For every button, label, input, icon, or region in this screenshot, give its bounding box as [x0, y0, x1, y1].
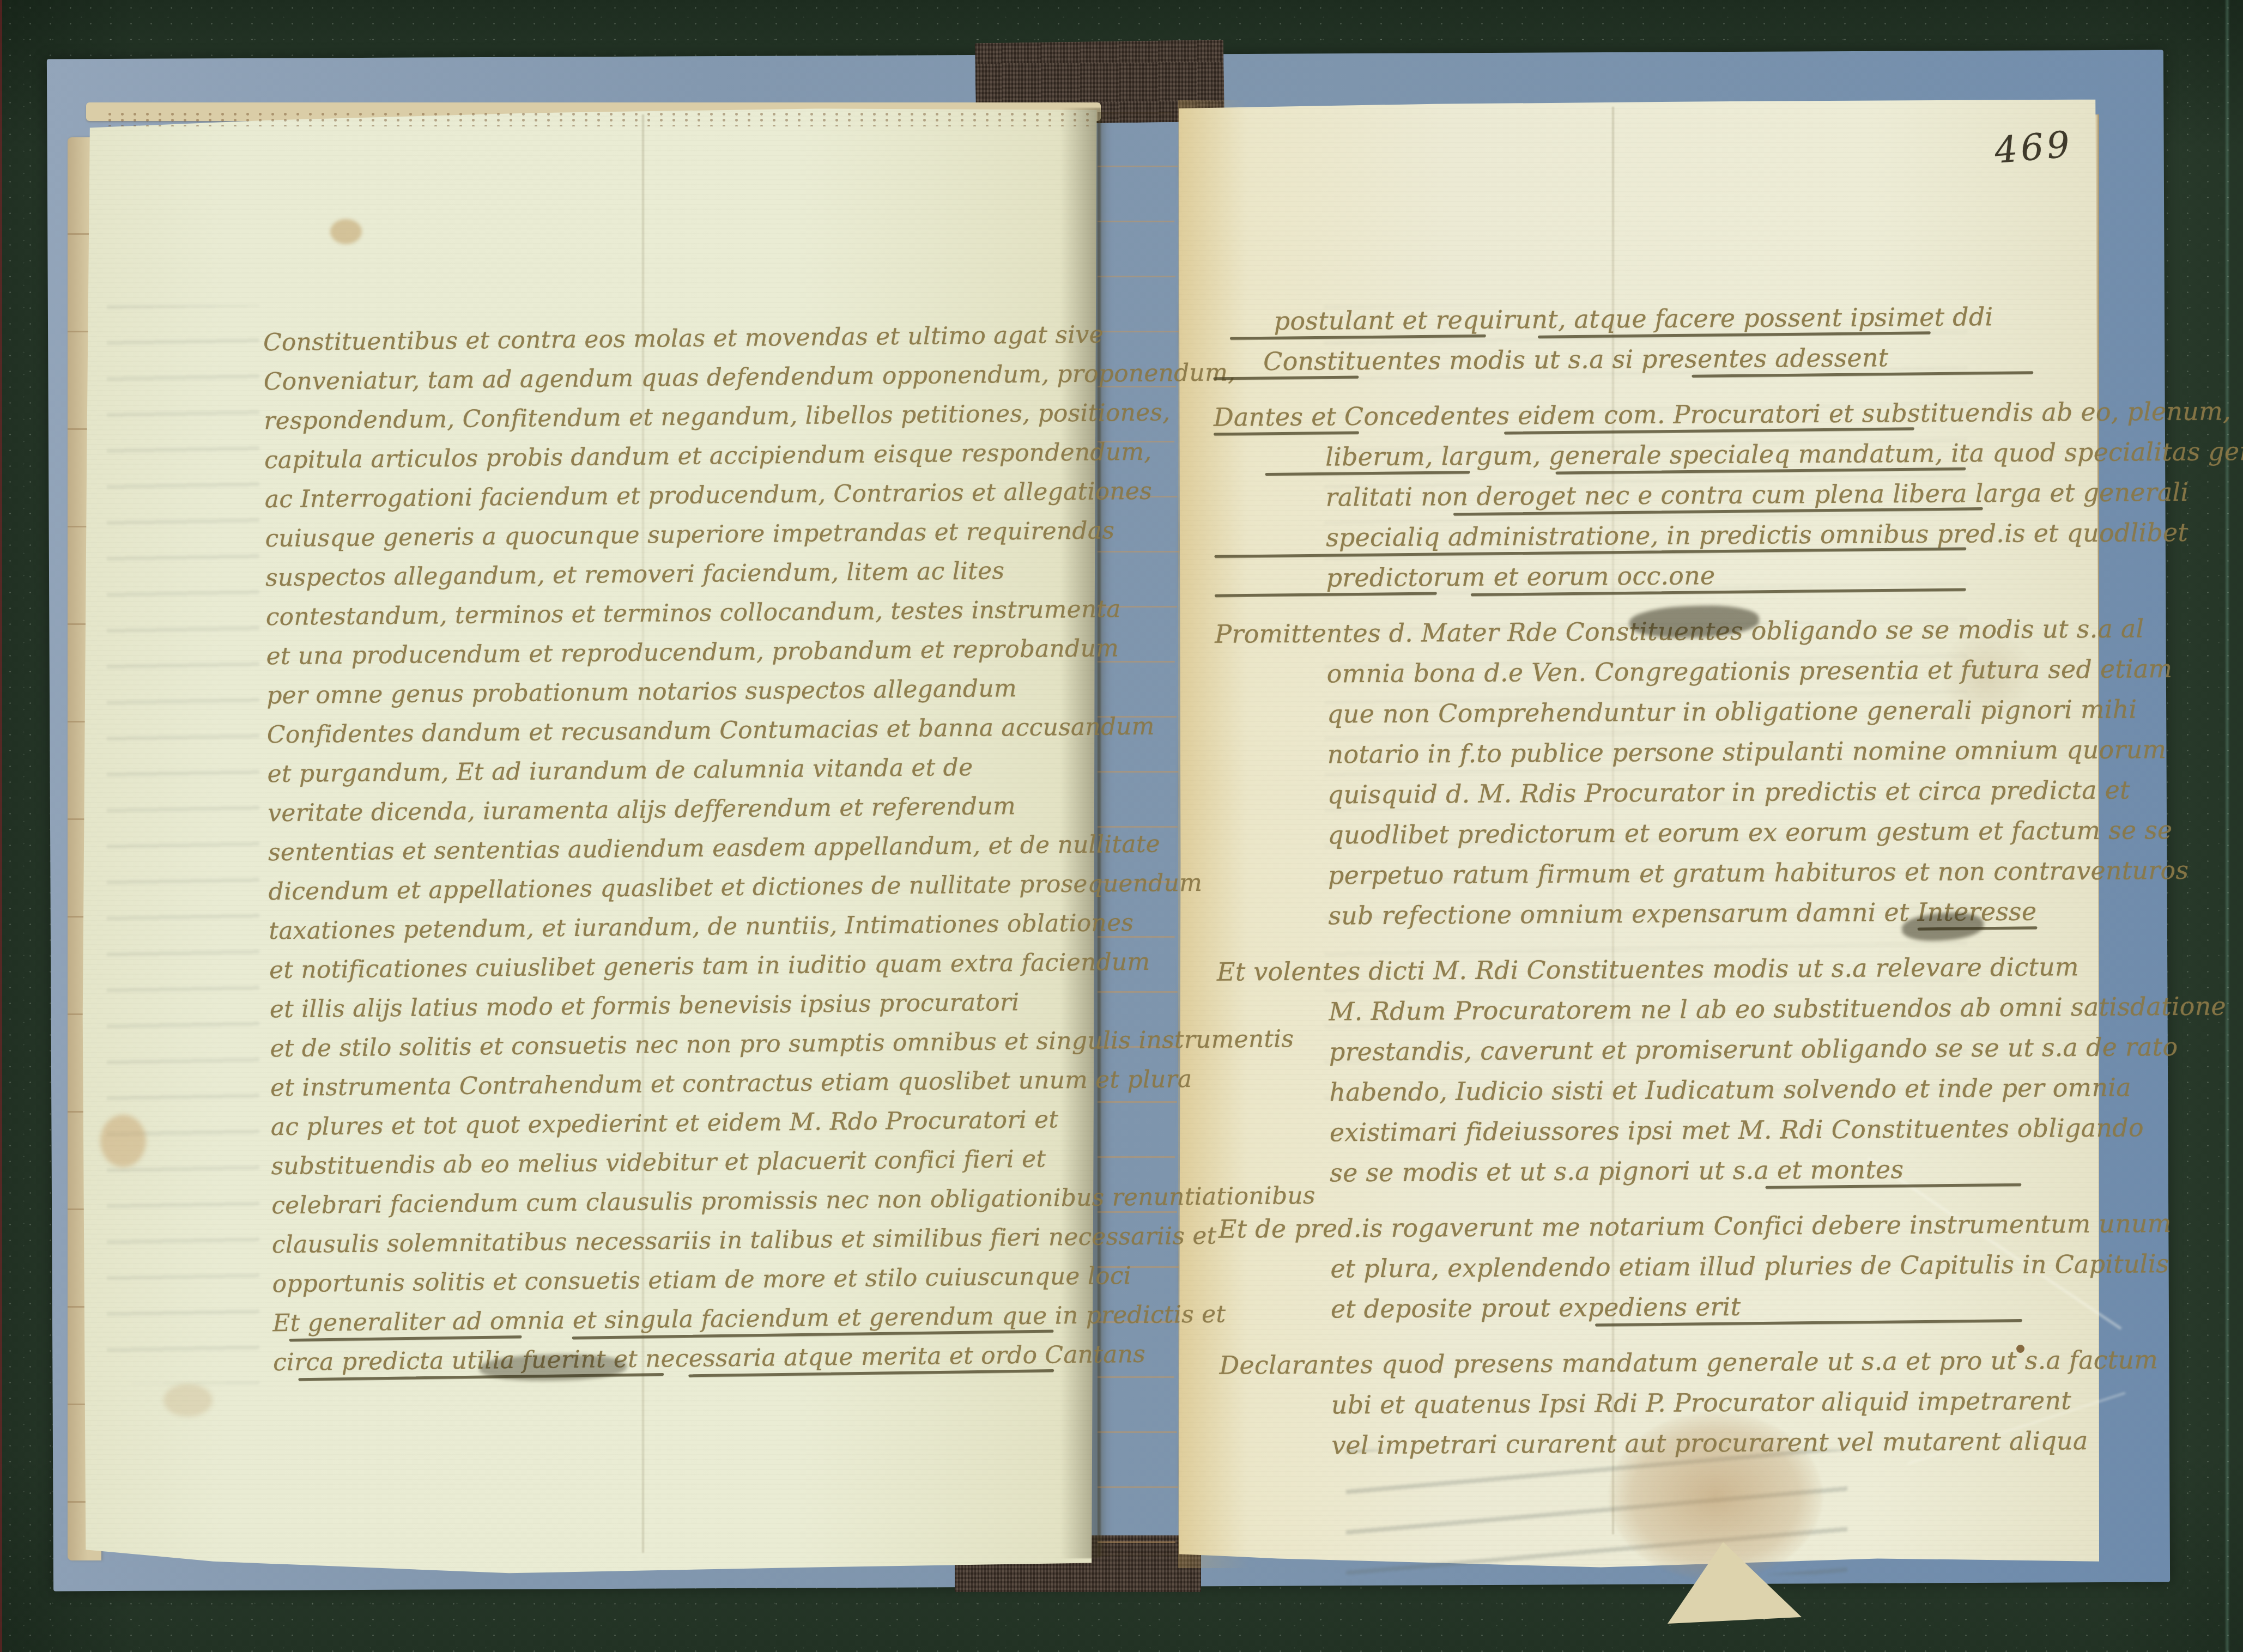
manuscript-line-text: perpetuo ratum firmum et gratum habituro… — [1328, 855, 2189, 890]
manuscript-line-text: ac plures et tot quot expedierint et eid… — [271, 1106, 1059, 1141]
manuscript-line: que non Comprehenduntur in obligatione g… — [1215, 689, 2070, 735]
manuscript-line: predictorum et eorum occ.one — [1214, 553, 2069, 599]
manuscript-line: et deposite prout expediens erit — [1219, 1284, 2074, 1330]
right-page-text: postulant et requirunt, atque facere pos… — [1213, 296, 2074, 1466]
manuscript-line-text: postulant et requirunt, atque facere pos… — [1274, 302, 1993, 336]
manuscript-line-text: quisquid d. M. Rdis Procurator in predic… — [1327, 775, 2130, 810]
stain-spot — [163, 1384, 213, 1417]
manuscript-line-text: et plura, explendendo etiam illud plurie… — [1330, 1249, 2169, 1283]
manuscript-line-text: Et generaliter ad omnia et singula facie… — [272, 1300, 1226, 1337]
stain-spot — [100, 1115, 146, 1167]
manuscript-line-text: M. Rdum Procuratorem ne l ab eo substitu… — [1329, 991, 2226, 1026]
stain-spot — [330, 219, 362, 244]
manuscript-line: perpetuo ratum firmum et gratum habituro… — [1216, 851, 2071, 896]
frame-seam-highlight — [2224, 0, 2230, 1652]
manuscript-line: habendo, Iudicio sisti et Iudicatum solv… — [1217, 1067, 2072, 1113]
manuscript-line-text: specialiq administratione, in predictis … — [1326, 518, 2188, 552]
manuscript-line: liberum, largum, generale specialeq mand… — [1214, 432, 2068, 478]
manuscript-line-text: cuiusque generis a quocunque superiore i… — [265, 517, 1114, 552]
manuscript-line: se se modis et ut s.a pignori ut s.a et … — [1218, 1148, 2072, 1194]
manuscript-line-text: Constituentes modis ut s.a si presentes … — [1263, 343, 1888, 376]
manuscript-line-text: Dantes et Concedentes eidem com. Procura… — [1214, 396, 2231, 432]
manuscript-line: et plura, explendendo etiam illud plurie… — [1219, 1244, 2073, 1290]
manuscript-line-text: prestandis, caverunt et promiserunt obli… — [1329, 1032, 2178, 1067]
manuscript-line-text: ac Interrogationi faciendum et producend… — [265, 477, 1153, 514]
manuscript-paragraph: Et de pred.is rogaverunt me notarium Con… — [1219, 1204, 2074, 1330]
manuscript-line-text: contestandum, terminos et terminos collo… — [266, 595, 1121, 631]
manuscript-line: Et de pred.is rogaverunt me notarium Con… — [1219, 1204, 2073, 1249]
manuscript-line: ubi et quatenus Ipsi Rdi P. Procurator a… — [1220, 1380, 2074, 1426]
manuscript-line: specialiq administratione, in predictis … — [1214, 513, 2069, 558]
manuscript-line-text: et notificationes cuiuslibet generis tam… — [269, 948, 1150, 985]
scan-edge-artifact — [0, 0, 2, 1652]
manuscript-paragraph: postulant et requirunt, atque facere pos… — [1213, 296, 2068, 382]
manuscript-line-text: ralitati non deroget nec e contra cum pl… — [1326, 477, 2189, 512]
folio-number: 469 — [1993, 123, 2075, 172]
manuscript-line-text: predictorum et eorum occ.one — [1326, 561, 1715, 592]
foxing-streak-top-edge — [104, 111, 1099, 126]
manuscript-line-text: dicendum et appellationes quaslibet et d… — [268, 869, 1202, 906]
manuscript-line-text: Confidentes dandum et recusandum Contuma… — [267, 713, 1155, 749]
ink-underline — [1213, 376, 1359, 380]
manuscript-line: circa predicta utilia fuerint et necessa… — [273, 1335, 1104, 1383]
manuscript-line: postulant et requirunt, atque facere pos… — [1213, 296, 2067, 342]
ink-underline — [1230, 335, 1486, 340]
manuscript-line: notario in f.to publice persone stipulan… — [1215, 730, 2070, 775]
manuscript-line-text: Et de pred.is rogaverunt me notarium Con… — [1219, 1208, 2172, 1244]
manuscript-line-text: per omne genus probationum notarios susp… — [266, 675, 1017, 709]
manuscript-line: quodlibet predictorum et eorum ex eorum … — [1216, 810, 2070, 856]
manuscript-line-text: capitula articulos probis dandum et acci… — [264, 438, 1152, 475]
manuscript-line-text: respondendum, Confitendum et negandum, l… — [264, 398, 1170, 435]
manuscript-line: M. Rdum Procuratorem ne l ab eo substitu… — [1217, 987, 2071, 1032]
manuscript-line-text: existimari fideiussores ipsi met M. Rdi … — [1330, 1113, 2144, 1147]
ink-underline — [1215, 592, 1437, 597]
manuscript-line-text: se se modis et ut s.a pignori ut s.a et … — [1330, 1155, 1903, 1187]
manuscript-line-text: Conveniatur, tam ad agendum quas defende… — [263, 359, 1235, 396]
ink-underline — [1214, 432, 1359, 436]
manuscript-line-text: sententias et sententias audiendum easde… — [268, 830, 1160, 867]
manuscript-line: ralitati non deroget nec e contra cum pl… — [1214, 472, 2068, 518]
manuscript-line-text: et purgandum, Et ad iurandum de calumnia… — [267, 754, 973, 788]
manuscript-line: existimari fideiussores ipsi met M. Rdi … — [1218, 1108, 2072, 1153]
manuscript-line-text: notario in f.to publice persone stipulan… — [1327, 734, 2166, 769]
left-page-text: Constituentibus et contra eos molas et m… — [263, 315, 1104, 1383]
manuscript-line-text: clausulis solemnitatibus necessariis in … — [272, 1222, 1217, 1259]
manuscript-line: quisquid d. M. Rdis Procurator in predic… — [1216, 770, 2070, 816]
manuscript-line-text: quodlibet predictorum et eorum ex eorum … — [1327, 815, 2172, 849]
ink-underline — [1265, 471, 1470, 476]
manuscript-line-text: taxationes petendum, et iurandum, de nun… — [269, 909, 1133, 945]
manuscript-line-text: suspectos allegandum, et removeri facien… — [265, 557, 1004, 592]
show-through-text-left-margin — [107, 305, 259, 1384]
manuscript-line: Et volentes dicti M. Rdi Constituentes m… — [1217, 946, 2071, 992]
manuscript-paragraph: Promittentes d. Mater Rde Constituentes … — [1215, 609, 2071, 937]
manuscript-line-text: habendo, Iudicio sisti et Iudicatum solv… — [1329, 1073, 2131, 1107]
manuscript-line-text: omnia bona d.e Ven. Congregationis prese… — [1327, 654, 2173, 688]
manuscript-line-text: que non Comprehenduntur in obligatione g… — [1327, 694, 2137, 728]
manuscript-paragraph: Declarantes quod presens mandatum genera… — [1219, 1340, 2074, 1466]
manuscript-line: Declarantes quod presens mandatum genera… — [1219, 1340, 2074, 1386]
manuscript-line-text: Constituentibus et contra eos molas et m… — [263, 321, 1104, 357]
manuscript-line: Constituentes modis ut s.a si presentes … — [1213, 336, 2068, 382]
manuscript-line-text: ubi et quatenus Ipsi Rdi P. Procurator a… — [1331, 1386, 2071, 1419]
manuscript-paragraph: Et volentes dicti M. Rdi Constituentes m… — [1217, 946, 2073, 1194]
manuscript-line: prestandis, caverunt et promiserunt obli… — [1217, 1027, 2072, 1073]
manuscript-line-text: liberum, largum, generale specialeq mand… — [1325, 436, 2243, 472]
manuscript-line-text: et una producendum et reproducendum, pro… — [266, 634, 1119, 670]
manuscript-line: omnia bona d.e Ven. Congregationis prese… — [1215, 649, 2069, 695]
manuscript-line: vel impetrari curarent aut procurarent v… — [1220, 1420, 2074, 1466]
manuscript-line-text: Declarantes quod presens mandatum genera… — [1219, 1345, 2158, 1380]
manuscript-paragraph: Dantes et Concedentes eidem com. Procura… — [1214, 392, 2069, 599]
manuscript-line-text: substituendis ab eo melius videbitur et … — [271, 1145, 1046, 1181]
manuscript-line: Dantes et Concedentes eidem com. Procura… — [1214, 392, 2068, 438]
manuscript-line-text: Et volentes dicti M. Rdi Constituentes m… — [1217, 952, 2079, 987]
manuscript-line-text: et illis alijs latius modo et formis ben… — [270, 988, 1020, 1023]
manuscript-line-text: veritate dicenda, iuramenta alijs deffer… — [268, 792, 1016, 827]
manuscript-line-text: opportunis solitis et consuetis etiam de… — [272, 1262, 1131, 1298]
manuscript-line-text: et deposite prout expediens erit — [1331, 1292, 1741, 1324]
manuscript-line-text: et instrumenta Contrahendum et contractu… — [270, 1065, 1192, 1102]
manuscript-photo: Constituentibus et contra eos molas et m… — [0, 0, 2243, 1652]
manuscript-line-text: vel impetrari curarent aut procurarent v… — [1331, 1426, 2088, 1460]
